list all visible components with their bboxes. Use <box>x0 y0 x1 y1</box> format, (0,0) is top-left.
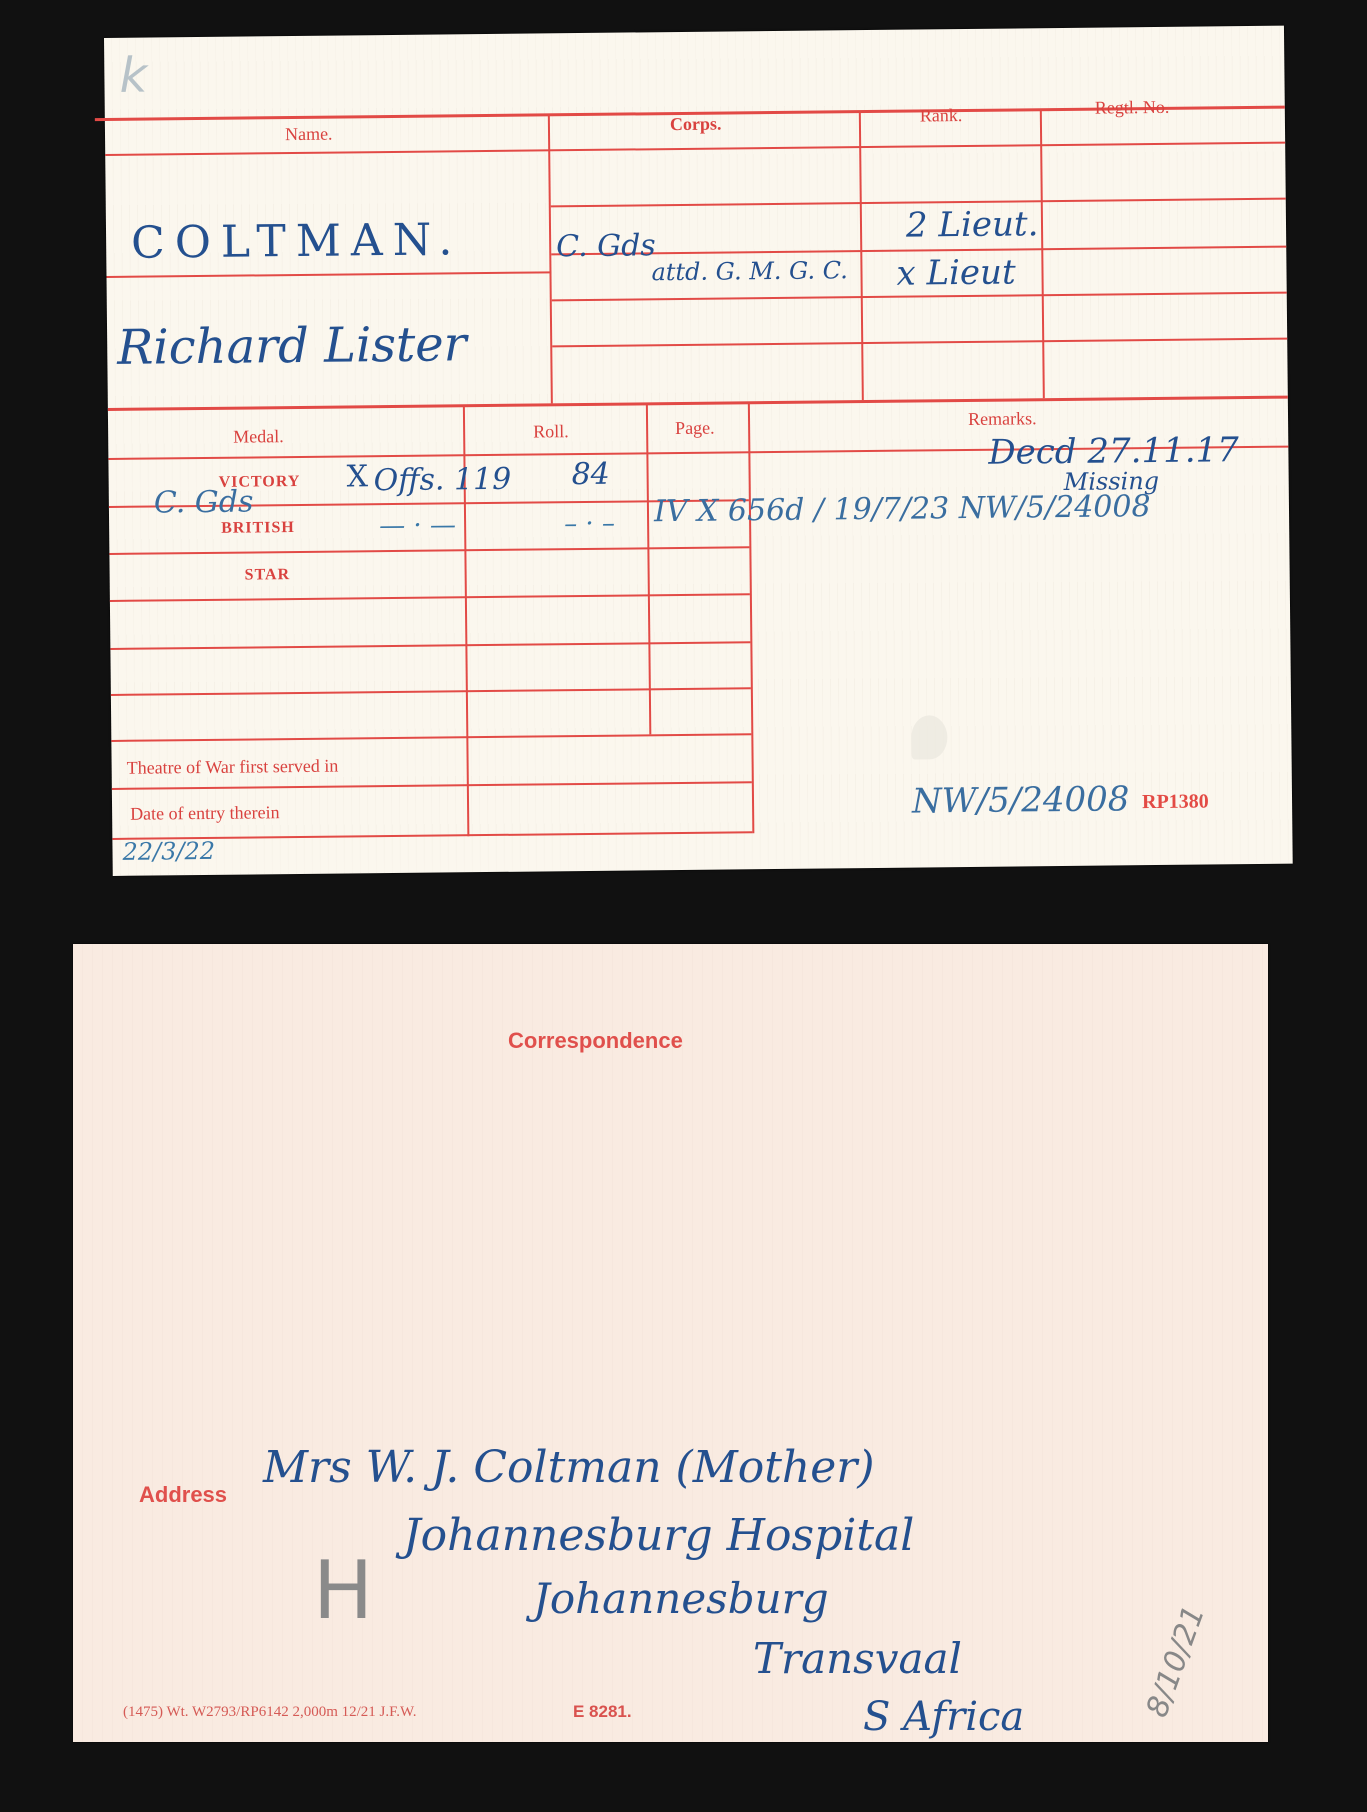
medal-british-label: BRITISH <box>221 519 295 538</box>
remarks-reference: IV X 656d / 19/7/23 NW/5/24008 <box>654 489 1151 529</box>
medal-star-label: STAR <box>245 566 291 584</box>
rule <box>112 781 752 790</box>
corps-header: Corps. <box>670 114 722 136</box>
theatre-of-war-label: Theatre of War first served in <box>127 756 339 779</box>
rule <box>111 733 751 742</box>
rank-entry-1: 2 Lieut. <box>906 204 1039 245</box>
medal-unit-entry: C. Gds <box>154 484 254 520</box>
watermark-leaf-icon <box>911 715 947 759</box>
roll-header: Roll. <box>533 421 569 442</box>
corps-entry: C. Gds <box>556 228 656 264</box>
rule <box>110 641 750 650</box>
address-line-5: S Africa <box>863 1694 1024 1740</box>
rule <box>105 142 1285 156</box>
page-victory: 84 <box>571 457 610 492</box>
print-code: E 8281. <box>573 1702 632 1722</box>
corner-date: 22/3/22 <box>122 837 215 866</box>
remarks-deceased: Decd 27.11.17 <box>988 430 1239 473</box>
page-header: Page. <box>675 418 715 439</box>
correspondence-heading: Correspondence <box>508 1028 683 1054</box>
forenames: Richard Lister <box>117 316 467 376</box>
medal-index-card-front: Name. Corps. Rank. Regtl. No. Medal. Rol… <box>104 26 1293 876</box>
top-pencil-mark: k <box>119 48 147 104</box>
rule <box>110 593 750 602</box>
surname: COLTMAN. <box>131 214 463 268</box>
regtl-no-header: Regtl. No. <box>1095 97 1170 119</box>
address-line-2: Johannesburg Hospital <box>403 1510 914 1561</box>
rule <box>552 338 1287 348</box>
rule <box>109 546 749 555</box>
rank-header: Rank. <box>920 105 963 126</box>
address-label: Address <box>139 1482 227 1508</box>
roll-british: — · — <box>379 510 456 541</box>
name-header: Name. <box>285 124 333 145</box>
pencil-date: 8/10/21 <box>1140 1601 1212 1722</box>
address-line-1: Mrs W. J. Coltman (Mother) <box>263 1442 875 1493</box>
medal-header: Medal. <box>233 426 284 448</box>
print-line: (1475) Wt. W2793/RP6142 2,000m 12/21 J.F… <box>123 1704 417 1721</box>
rule <box>859 112 864 400</box>
remarks-header: Remarks. <box>968 408 1037 430</box>
date-of-entry-label: Date of entry therein <box>130 802 280 825</box>
address-line-4: Transvaal <box>753 1634 962 1683</box>
roll-mark: X <box>346 459 368 494</box>
address-line-3: Johannesburg <box>533 1574 829 1623</box>
page-british: – · – <box>564 509 615 540</box>
rule <box>106 271 551 278</box>
rule <box>748 403 754 833</box>
rule <box>111 687 751 696</box>
medal-index-card-back: Correspondence Address Mrs W. J. Coltman… <box>73 944 1268 1742</box>
rule <box>548 115 553 403</box>
rank-entry-2: x Lieut <box>896 252 1016 293</box>
bottom-reference: NW/5/24008 <box>912 779 1130 821</box>
roll-victory: Offs. 119 <box>373 462 511 498</box>
pencil-initials: H <box>313 1544 373 1637</box>
rule <box>1040 110 1045 398</box>
rule <box>108 396 1288 411</box>
rp-stamp: RP1380 <box>1142 790 1209 814</box>
corps-attached: attd. G. M. G. C. <box>651 256 848 286</box>
